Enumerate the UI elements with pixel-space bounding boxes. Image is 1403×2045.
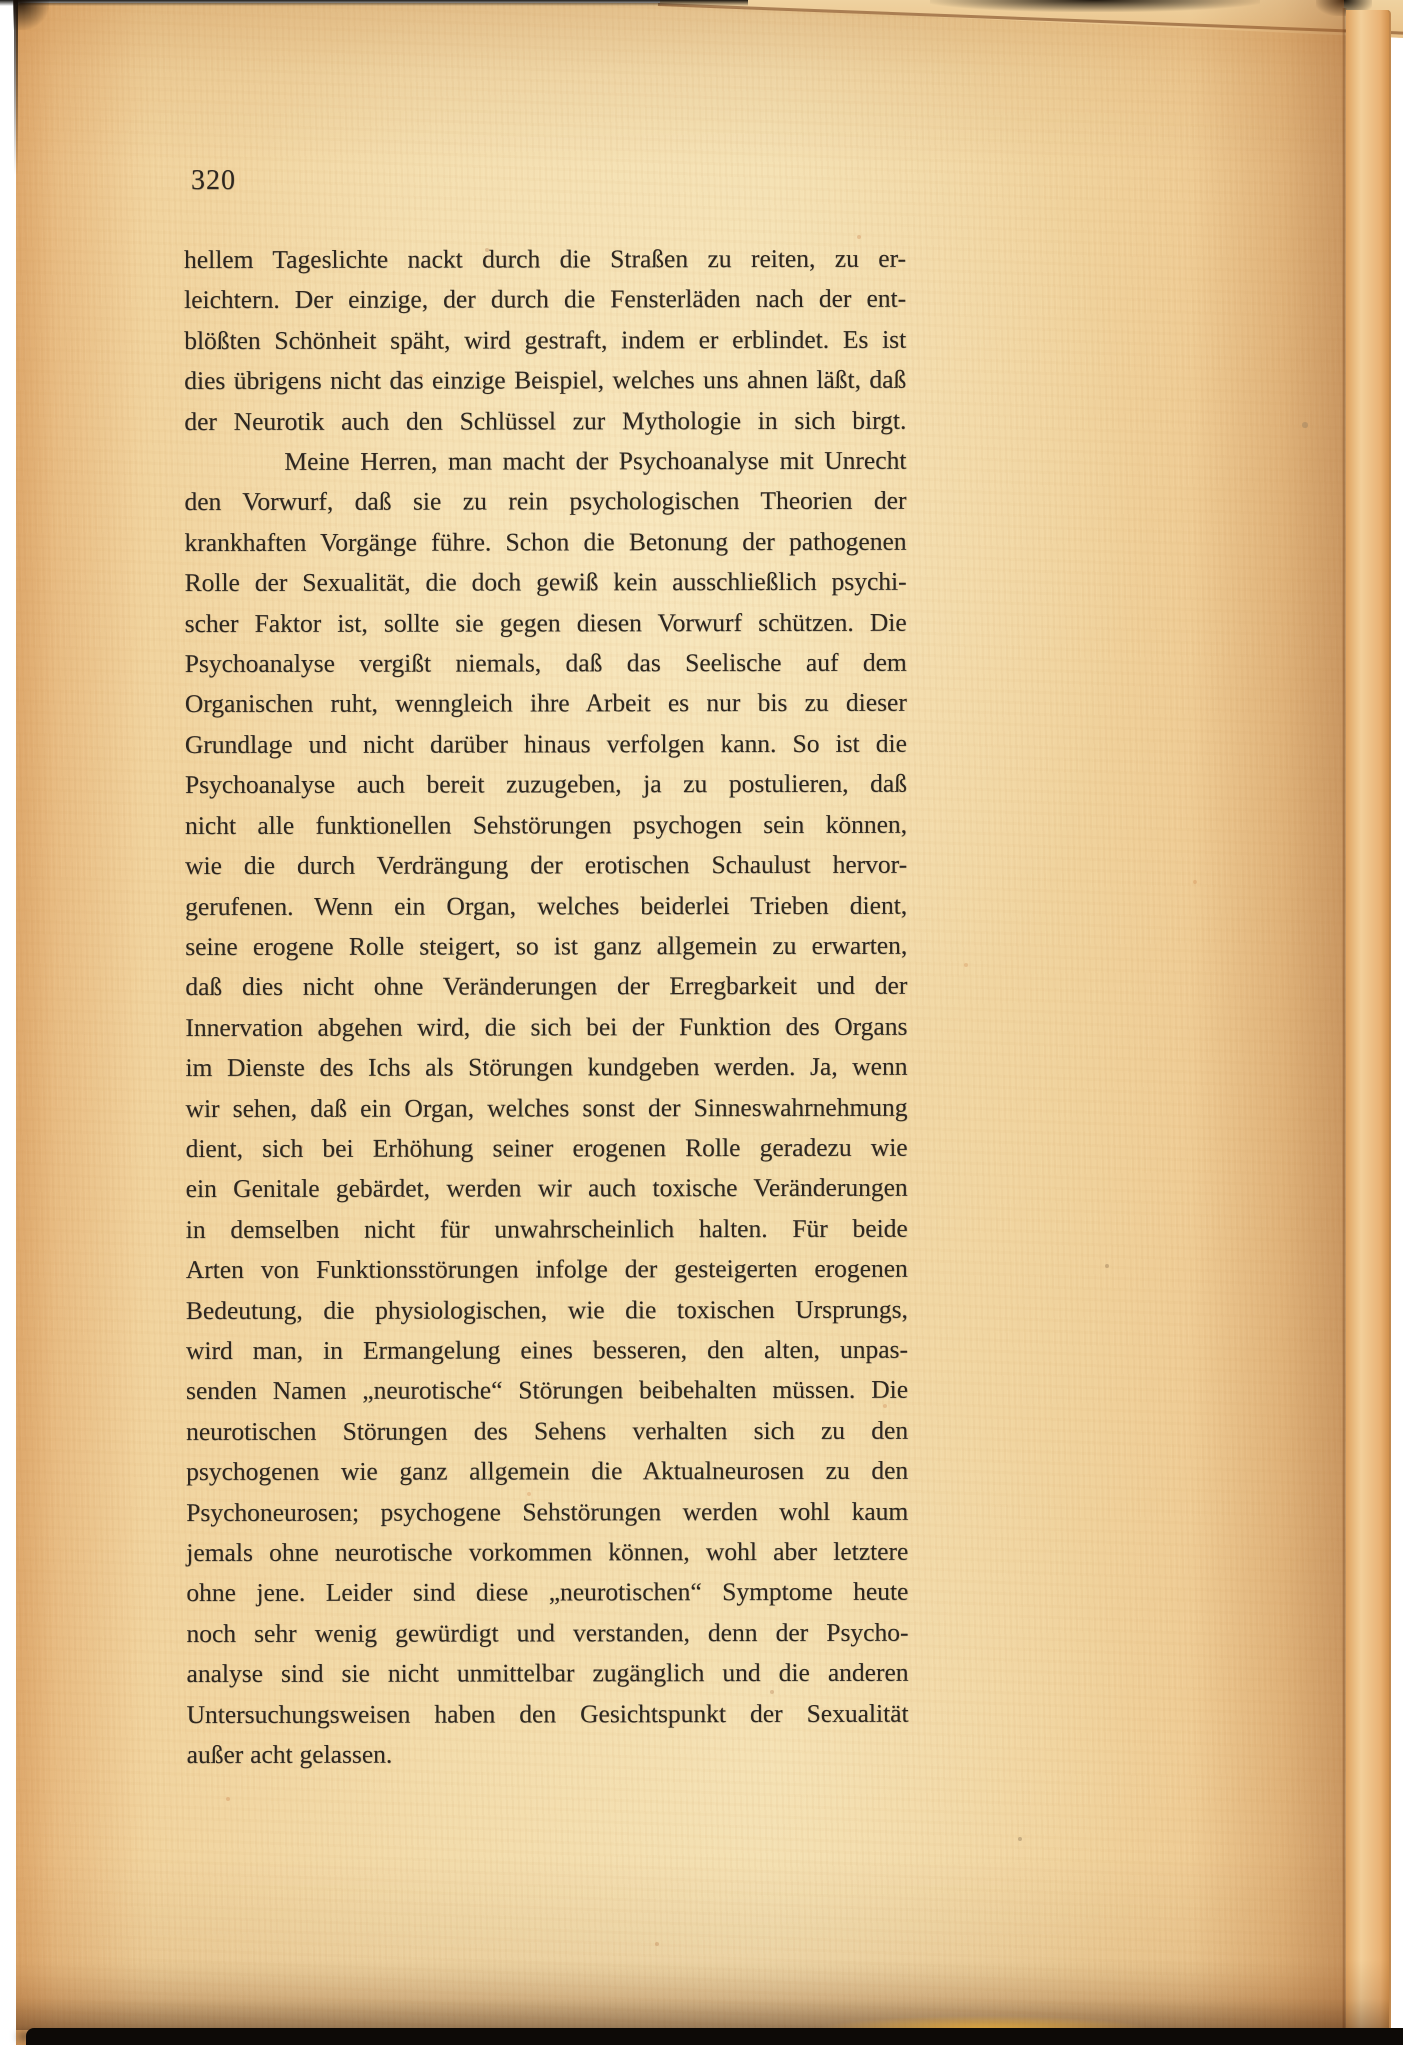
text-line: senden Namen „neurotische“ Störungen bei… [186,1370,908,1412]
book-page-scan: 320 hellem Tageslichte nackt durch die S… [0,0,1403,2045]
text-line: hellem Tageslichte nackt durch die Straß… [184,239,906,281]
text-line: leichtern. Der einzige, der durch die Fe… [184,279,906,321]
text-line: analyse sind sie nicht unmittelbar zugän… [186,1653,908,1695]
text-line: scher Faktor ist, sollte sie gegen diese… [185,602,907,644]
text-line: gerufenen. Wenn ein Organ, welches beide… [185,885,907,927]
text-line: Psychoneurosen; psychogene Sehstörungen … [186,1491,908,1533]
page-number: 320 [191,165,236,197]
left-edge-shadow [14,0,18,175]
text-line: Untersuchungsweisen haben den Gesichtspu… [187,1693,909,1735]
text-line: dient, sich bei Erhöhung seiner erogenen… [186,1128,908,1170]
text-line: Grundlage und nicht darüber hinaus verfo… [185,724,907,766]
text-line: dies übrigens nicht das einzige Beispiel… [184,360,906,402]
text-line: Rolle der Sexualität, die doch gewiß kei… [185,562,907,604]
text-line: daß dies nicht ohne Veränderungen der Er… [185,966,907,1008]
text-line: Psychoanalyse auch bereit zuzugeben, ja … [185,764,907,806]
right-fold-shading [1190,0,1344,2045]
top-left-corner-shadow [13,0,49,30]
text-line: wir sehen, daß ein Organ, welches sonst … [185,1087,907,1129]
text-line: Arten von Funktionsstörungen infolge der… [186,1249,908,1291]
text-line: Psychoanalyse vergißt niemals, daß das S… [185,643,907,685]
text-line: ohne jene. Leider sind diese „neurotisch… [186,1572,908,1614]
top-edge-shadow [0,0,748,6]
body-text: hellem Tageslichte nackt durch die Straß… [184,239,909,1776]
text-line: wie die durch Verdrängung der erotischen… [185,845,907,887]
text-line: neurotischen Störungen des Sehens verhal… [186,1411,908,1453]
text-line: im Dienste des Ichs als Störungen kundge… [185,1047,907,1089]
adjacent-page-edge [1346,10,1391,2045]
text-line: außer acht gelassen. [187,1734,909,1776]
text-line: noch sehr wenig gewürdigt und verstanden… [186,1613,908,1655]
bottom-curl-shadow [16,1960,1389,2030]
text-line: ein Genitale gebärdet, werden wir auch t… [186,1168,908,1210]
text-line: Organischen ruht, wenngleich ihre Arbeit… [185,683,907,725]
text-line: wird man, in Ermangelung eines besseren,… [186,1330,908,1372]
text-line: krankhaften Vorgänge führe. Schon die Be… [184,522,906,564]
text-line: in demselben nicht für unwahrscheinlich … [186,1208,908,1250]
text-line: blößten Schönheit späht, wird gestraft, … [184,320,906,362]
bottom-edge-shadow [26,2028,1403,2045]
text-line: Meine Herren, man macht der Psychoanalys… [184,441,906,483]
text-line: Innervation abgehen wird, die sich bei d… [185,1006,907,1048]
text-line: jemals ohne neurotische vorkommen können… [186,1532,908,1574]
text-line: psychogenen wie ganz allgemein die Aktua… [186,1451,908,1493]
text-line: Bedeutung, die physiologischen, wie die … [186,1289,908,1331]
text-line: seine erogene Rolle steigert, so ist gan… [185,926,907,968]
text-line: der Neurotik auch den Schlüssel zur Myth… [184,400,906,442]
text-line: nicht alle funktionellen Sehstörungen ps… [185,804,907,846]
text-line: den Vorwurf, daß sie zu rein psychologis… [184,481,906,523]
